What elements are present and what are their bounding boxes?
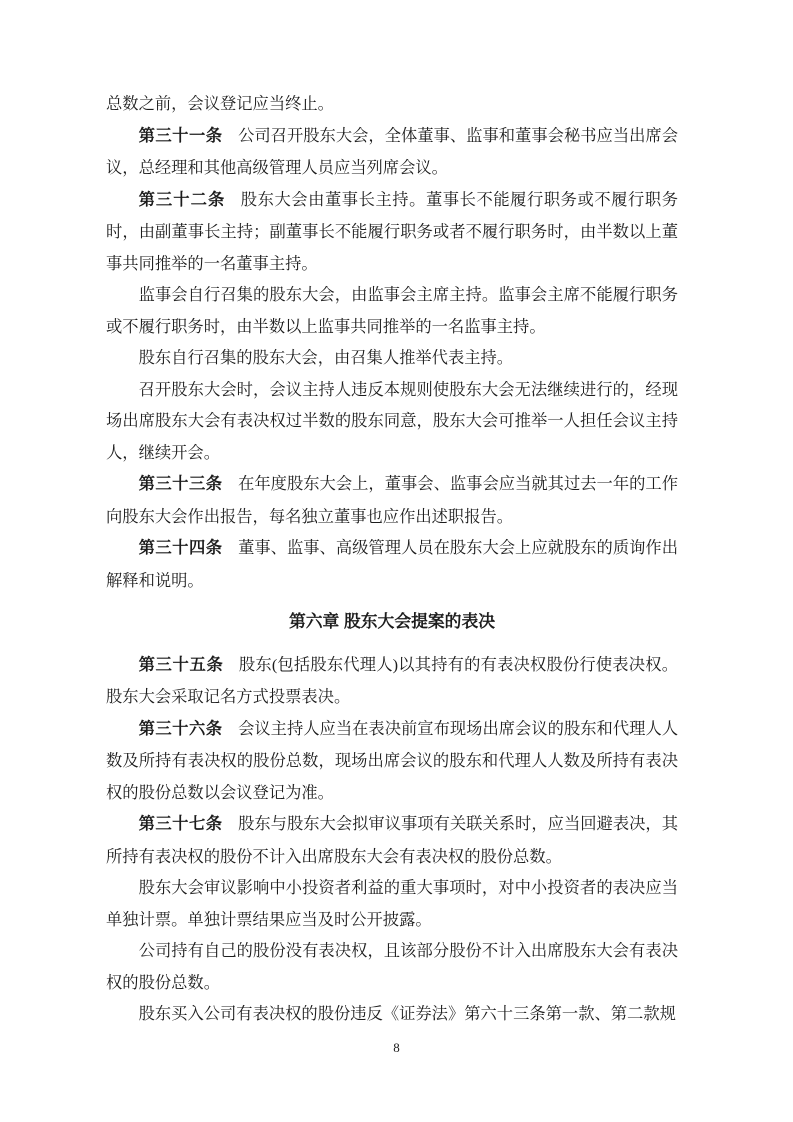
paragraph-presider-violation: 召开股东大会时，会议主持人违反本规则使股东大会无法继续进行的，经现场出席股东大会… xyxy=(106,374,678,469)
paragraph-securities-law: 股东买入公司有表决权的股份违反《证券法》第六十三条第一款、第二款规 xyxy=(106,998,678,1030)
paragraph-shareholder-convened: 股东自行召集的股东大会，由召集人推举代表主持。 xyxy=(106,342,678,374)
paragraph-article-35: 第三十五条股东(包括股东代理人)以其持有的有表决权股份行使表决权。股东大会采取记… xyxy=(106,649,678,713)
article-35-number: 第三十五条 xyxy=(139,656,224,674)
article-37-number: 第三十七条 xyxy=(139,815,223,833)
paragraph-own-shares: 公司持有自己的股份没有表决权，且该部分股份不计入出席股东大会有表决权的股份总数。 xyxy=(106,935,678,998)
paragraph-supervisory-board-chair: 监事会自行召集的股东大会，由监事会主席主持。监事会主席不能履行职务或不履行职务时… xyxy=(106,279,678,342)
article-34-number: 第三十四条 xyxy=(139,539,223,557)
chapter-6-heading: 第六章 股东大会提案的表决 xyxy=(106,606,678,638)
paragraph-text: 监事会自行召集的股东大会，由监事会主席主持。监事会主席不能履行职务或不履行职务时… xyxy=(106,285,678,336)
paragraph-text: 股东大会审议影响中小投资者利益的重大事项时，对中小投资者的表决应当单独计票。单独… xyxy=(106,878,678,929)
article-36-number: 第三十六条 xyxy=(139,720,223,738)
paragraph-text: 股东自行召集的股东大会，由召集人推举代表主持。 xyxy=(139,348,513,367)
paragraph-text: 召开股东大会时，会议主持人违反本规则使股东大会无法继续进行的，经现场出席股东大会… xyxy=(106,380,678,462)
paragraph-article-34: 第三十四条董事、监事、高级管理人员在股东大会上应就股东的质询作出解释和说明。 xyxy=(106,532,678,596)
paragraph-article-36: 第三十六条会议主持人应当在表决前宣布现场出席会议的股东和代理人人数及所持有表决权… xyxy=(106,713,678,809)
paragraph-article-37: 第三十七条股东与股东大会拟审议事项有关联关系时，应当回避表决，其所持有表决权的股… xyxy=(106,808,678,872)
paragraph-text: 股东买入公司有表决权的股份违反《证券法》第六十三条第一款、第二款规 xyxy=(139,1004,676,1023)
paragraph-minority-investors: 股东大会审议影响中小投资者利益的重大事项时，对中小投资者的表决应当单独计票。单独… xyxy=(106,872,678,935)
paragraph-article-33: 第三十三条在年度股东大会上，董事会、监事会应当就其过去一年的工作向股东大会作出报… xyxy=(106,468,678,532)
document-body: 总数之前，会议登记应当终止。 第三十一条公司召开股东大会，全体董事、监事和董事会… xyxy=(106,88,678,1030)
paragraph-text: 公司持有自己的股份没有表决权，且该部分股份不计入出席股东大会有表决权的股份总数。 xyxy=(106,941,678,992)
paragraph-continuation: 总数之前，会议登记应当终止。 xyxy=(106,88,678,120)
paragraph-article-32: 第三十二条股东大会由董事长主持。董事长不能履行职务或不履行职务时，由副董事长主持… xyxy=(106,184,678,280)
article-31-number: 第三十一条 xyxy=(139,127,223,145)
paragraph-article-31: 第三十一条公司召开股东大会，全体董事、监事和董事会秘书应当出席会议，总经理和其他… xyxy=(106,120,678,184)
article-33-number: 第三十三条 xyxy=(139,475,223,493)
paragraph-text: 总数之前，会议登记应当终止。 xyxy=(106,94,334,113)
document-page: { "document": { "page_number": "8", "cha… xyxy=(0,0,793,1122)
article-32-number: 第三十二条 xyxy=(139,191,226,209)
page-number: 8 xyxy=(0,1038,793,1058)
